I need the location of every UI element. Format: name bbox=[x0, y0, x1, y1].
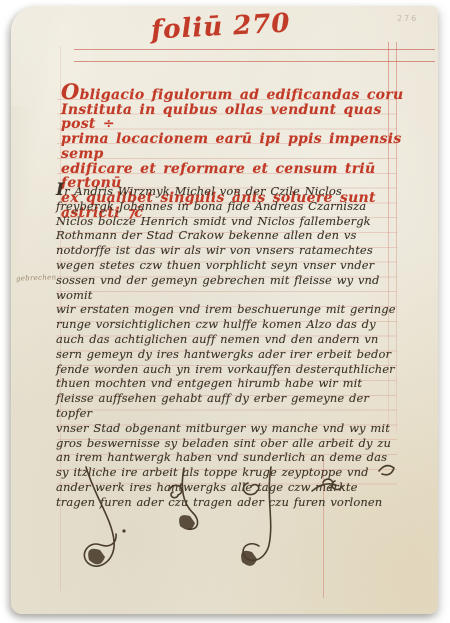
flourish-spiral bbox=[170, 485, 182, 497]
body-line: runge vorsichtiglichen czw hulffe komen … bbox=[56, 317, 408, 332]
body-line: gros beswernisse sy beladen sint ober al… bbox=[56, 436, 408, 451]
body-line: fende worden auch yn irem vorkauffen des… bbox=[56, 362, 408, 377]
manuscript-page: foliū 270 276 Obligacio figulorum ad edi… bbox=[11, 6, 438, 614]
body-line: freybergk Johannes in bona fide Andreas … bbox=[56, 199, 408, 214]
body-line: sern gemeyn dy ires hantwergks ader irer… bbox=[56, 347, 408, 362]
flourish-leaf bbox=[179, 515, 195, 530]
body-line: Niclos bolcze Henrich smidt vnd Niclos f… bbox=[56, 214, 408, 229]
flourish-leaf bbox=[88, 549, 105, 565]
ruled-line-horizontal-top-2 bbox=[74, 61, 435, 62]
rubric-line: Obligacio figulorum ad edificandas coru bbox=[61, 85, 409, 103]
body-line: sossen vnd der gemeyn gebrechen mit flei… bbox=[56, 273, 408, 303]
rubric-line: prima locacionem earū ipi ppis impensis … bbox=[61, 132, 409, 161]
body-line: vnser Stad obgenant mitburger wy manche … bbox=[56, 421, 408, 436]
body-line: notdorffe ist das wir als wir von vnsers… bbox=[56, 243, 408, 258]
flourish-curl bbox=[379, 466, 394, 475]
corner-folio-number: 276 bbox=[397, 14, 418, 23]
flourish-descender bbox=[243, 467, 271, 560]
ink-dot bbox=[122, 529, 125, 532]
pen-flourishes bbox=[60, 455, 400, 610]
ruled-line-horizontal-top-1 bbox=[74, 49, 435, 50]
body-line: wir erstaten mogen vnd irem beschuerunge… bbox=[56, 302, 408, 317]
body-line: fleisse auffsehen gehabt auff dy erber g… bbox=[56, 391, 408, 421]
flourish-spiral bbox=[244, 483, 259, 495]
rubric-line: Instituta in quibus ollas vendunt quas p… bbox=[61, 103, 409, 132]
flourish-leaf bbox=[241, 551, 257, 566]
photo-background: foliū 270 276 Obligacio figulorum ad edi… bbox=[0, 0, 450, 623]
margin-note: gebrechen bbox=[16, 273, 57, 282]
body-line: Rothmann der Stad Crakow bekenne allen d… bbox=[56, 228, 408, 243]
body-line: thuen mochten vnd entgegen hirumb habe w… bbox=[56, 376, 408, 391]
body-line: auch das achtiglichen auff nemen vnd den… bbox=[56, 332, 408, 347]
body-line: wegen stetes czw thuen vorphlicht seyn v… bbox=[56, 258, 408, 273]
folio-heading: foliū 270 bbox=[150, 10, 291, 43]
body-line: Ir Andris Wirzmyk Michel von der Czile N… bbox=[56, 183, 408, 199]
